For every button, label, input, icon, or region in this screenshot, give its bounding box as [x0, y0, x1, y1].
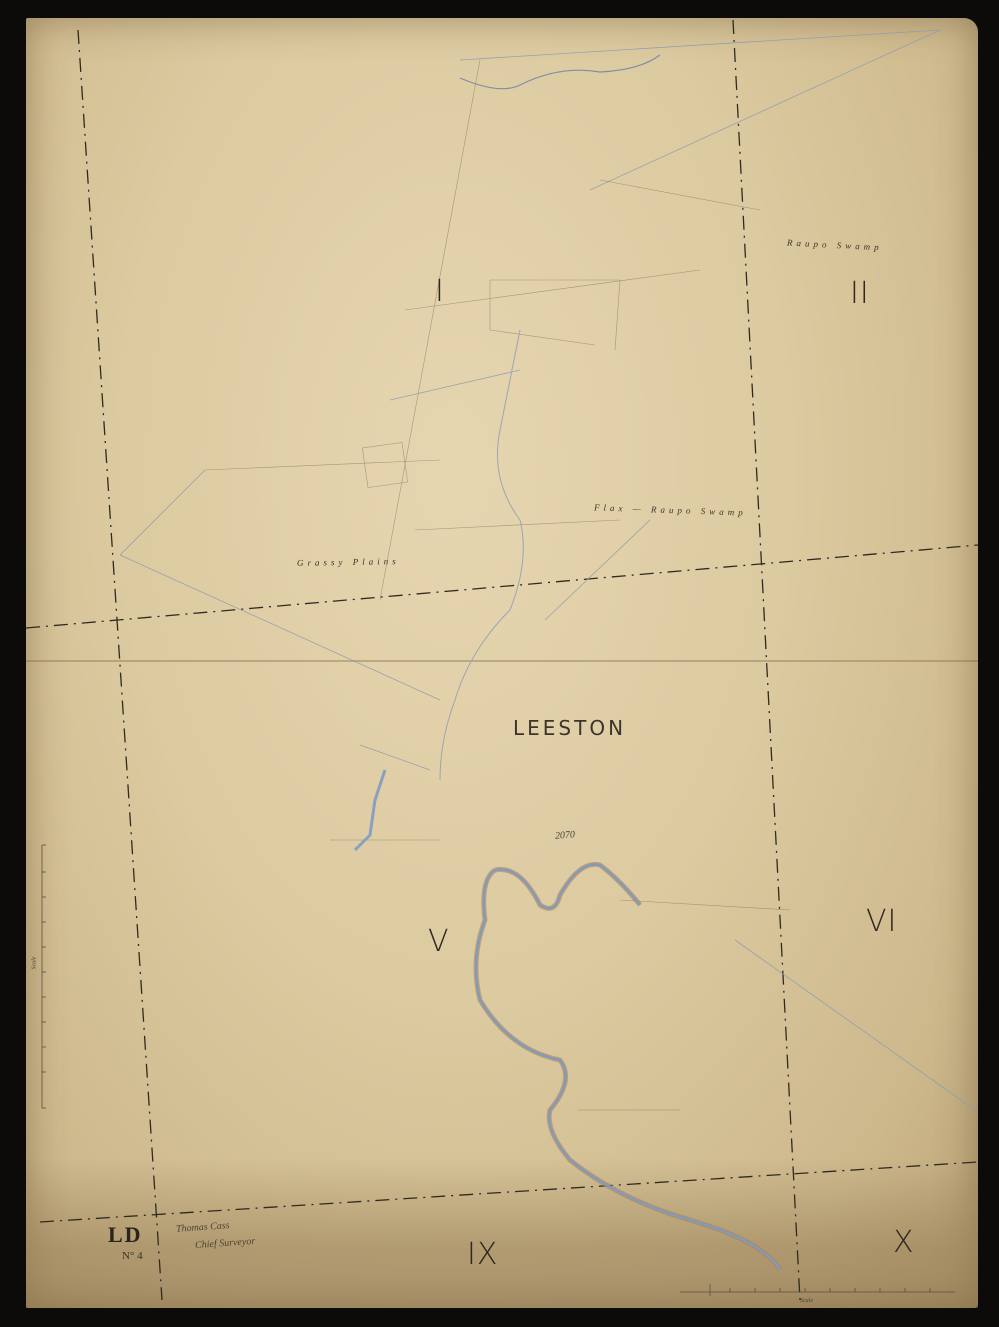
sheet-id: LD: [108, 1222, 143, 1248]
section-line-north: [26, 545, 978, 628]
section-numeral-v: V: [428, 924, 450, 959]
scale-label-vertical: Scale: [32, 957, 38, 970]
sheet-number: N° 4: [122, 1250, 143, 1262]
scale-label-horizontal: Scale: [800, 1298, 813, 1304]
section-line-west: [78, 30, 162, 1300]
section-line-east: [733, 20, 800, 1300]
section-numeral-vi: VI: [866, 904, 897, 939]
town-label-leeston: LEESTON: [513, 716, 626, 740]
label-grassy-plains: Grassy Plains: [297, 556, 400, 568]
section-numeral-ii: II: [850, 276, 870, 311]
survey-linework: [0, 0, 999, 1327]
scale-bar-horizontal: [680, 1284, 955, 1296]
section-numeral-i: I: [435, 274, 445, 309]
scale-bar-vertical: [42, 845, 46, 1108]
area-annotation: 2070: [555, 829, 576, 841]
section-numeral-x: X: [893, 1225, 915, 1260]
section-numeral-ix: IX: [467, 1237, 498, 1272]
section-line-south: [40, 1162, 978, 1222]
